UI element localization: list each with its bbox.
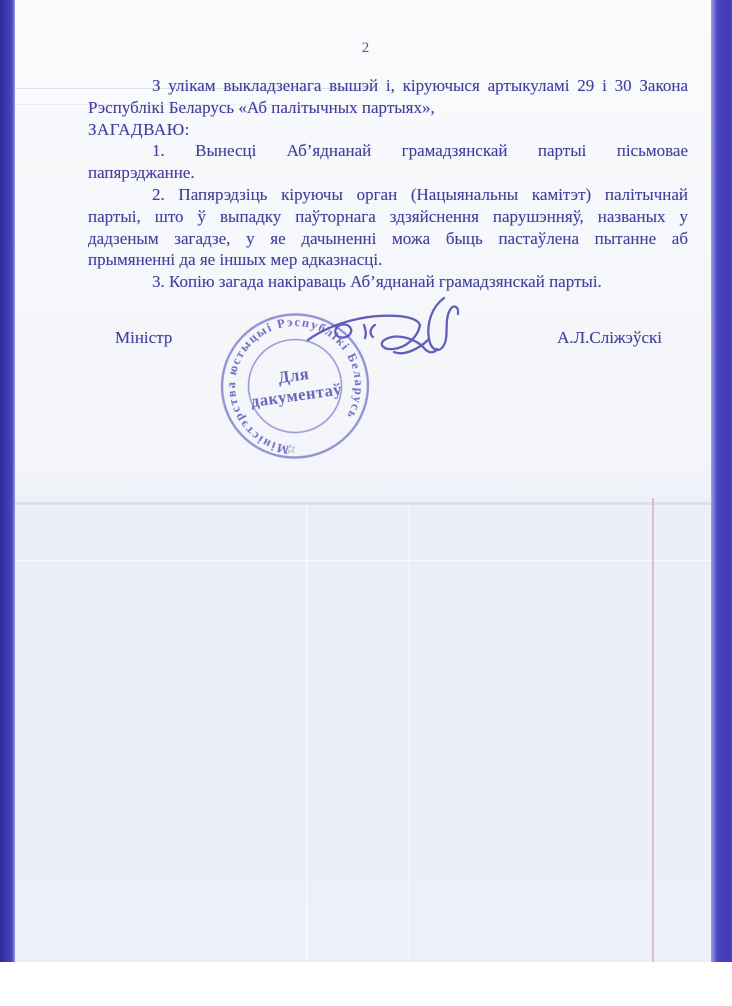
signature-stroke — [364, 325, 375, 338]
stamp-star-icon: ☆ — [284, 440, 298, 456]
signature-stroke — [335, 324, 351, 337]
minister-handwritten-signature — [298, 292, 466, 380]
item1-line-2: папярэджанне. — [88, 162, 688, 184]
signer-title: Міністр — [115, 328, 172, 348]
item2-line-4: прымяненні да яе іншых мер адказнасці. — [88, 249, 688, 271]
item2-line-2: партыі, што ў выпадку паўторнага здзяйсн… — [88, 206, 688, 228]
order-word: ЗАГАДВАЮ: — [88, 119, 688, 141]
intro-line-1: З улікам выкладзенага вышэй і, кіруючыся… — [88, 75, 688, 97]
item3-line-1: 3. Копію загада накіраваць Аб’яднанай гр… — [88, 271, 688, 293]
page-number: 2 — [0, 40, 732, 57]
scanned-document-page: 2 З улікам выкладзенага вышэй і, кіруючы… — [0, 0, 732, 1006]
signature-stroke — [428, 298, 458, 350]
item2-line-1: 2. Папярэдзіць кіруючы орган (Нацыянальн… — [88, 184, 688, 206]
scanner-edge-bar-right — [711, 0, 732, 962]
item2-line-3: дадзеным загадзе, у яе дачыненні можа бы… — [88, 228, 688, 250]
intro-line-2: Рэспублікі Беларусь «Аб палітычных парты… — [88, 97, 688, 119]
document-body: З улікам выкладзенага вышэй і, кіруючыся… — [88, 75, 688, 293]
item1-line-1: 1. Вынесці Аб’яднанай грамадзянскай парт… — [88, 140, 688, 162]
scanner-edge-bar-left — [0, 0, 15, 962]
blank-margin-below-scan — [0, 962, 732, 1006]
signer-name: А.Л.Сліжэўскі — [557, 328, 662, 348]
